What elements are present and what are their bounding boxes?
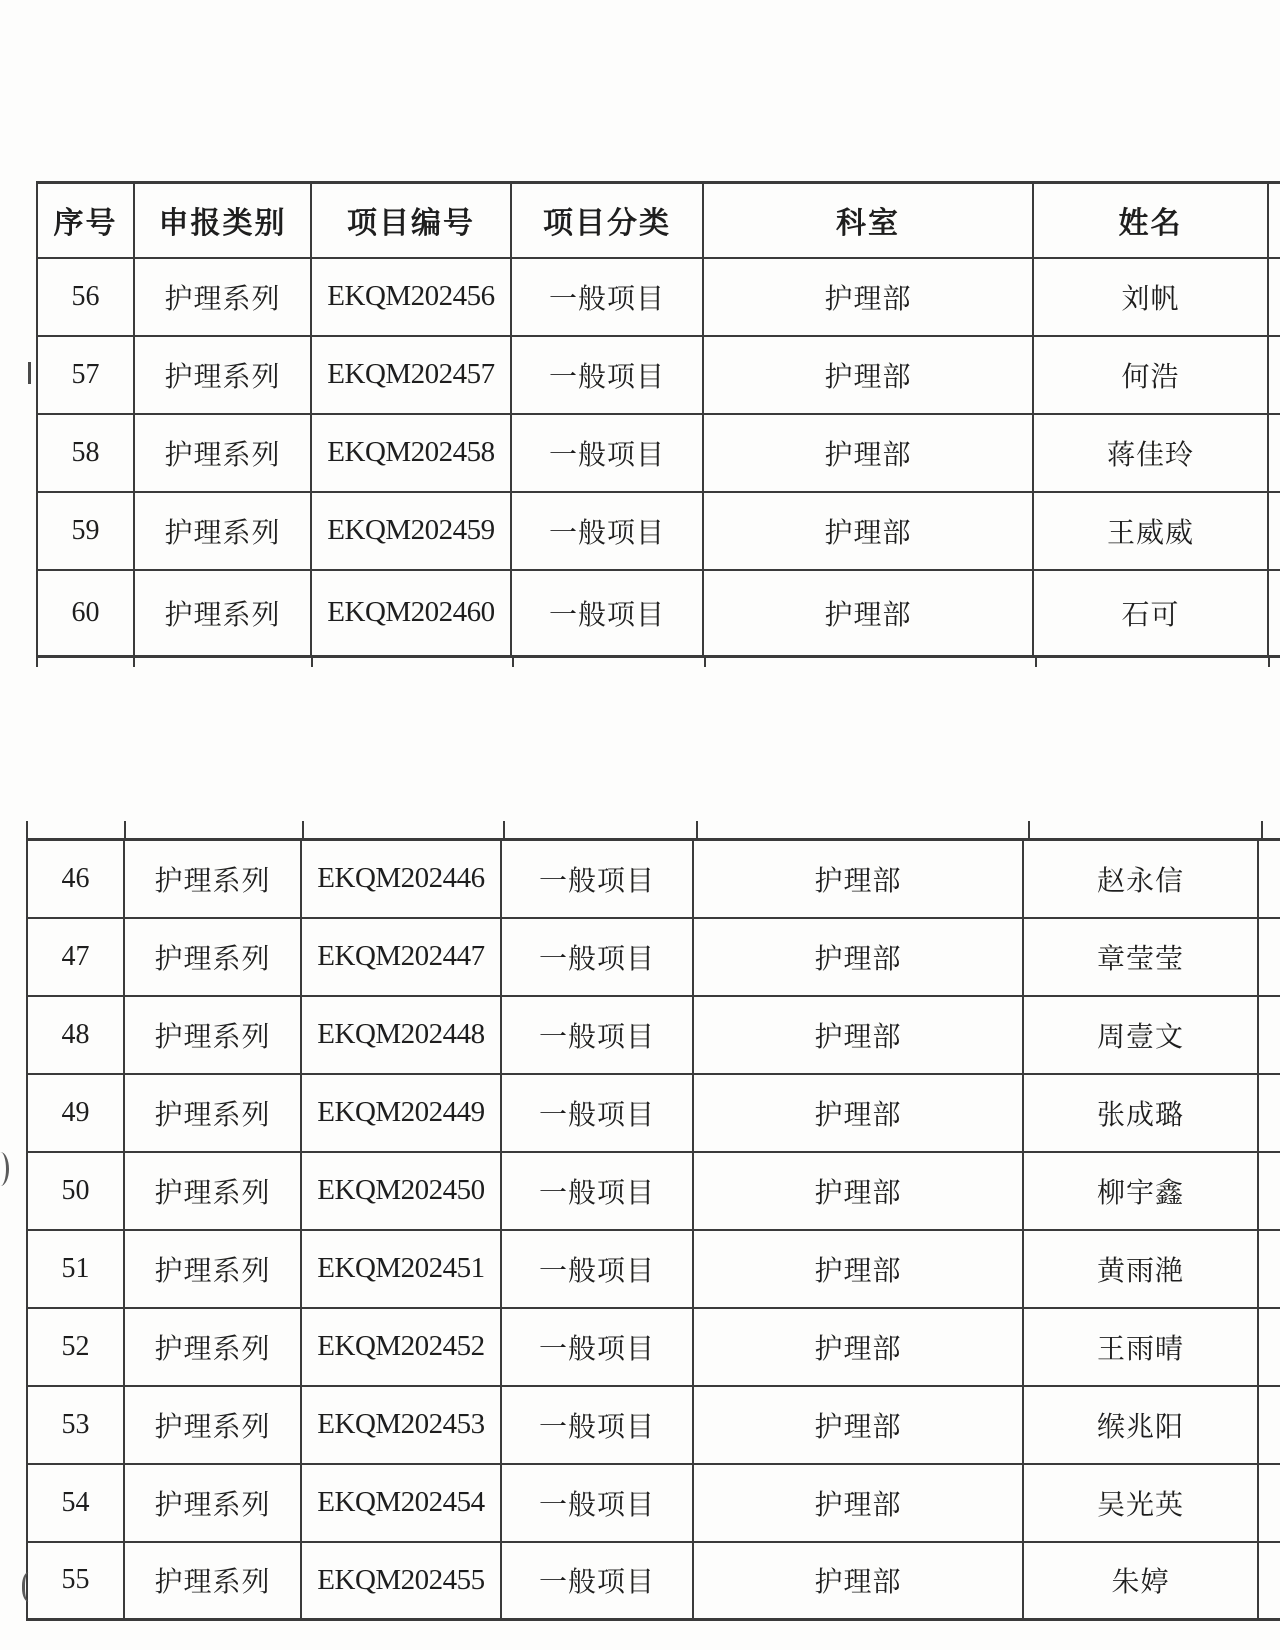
header-name: 姓名 [1033, 183, 1268, 258]
cell-project-no: EKQM202453 [301, 1386, 501, 1464]
cell-department: 护理部 [703, 336, 1033, 414]
table-row: 50 护理系列 EKQM202450 一般项目 护理部 柳宇鑫 [27, 1152, 1280, 1230]
cell-name: 蒋佳玲 [1033, 414, 1268, 492]
cell-classification: 一般项目 [501, 1308, 693, 1386]
scan-artifact-tick [28, 362, 31, 384]
cell-category: 护理系列 [124, 1464, 301, 1542]
scan-artifact-tick [133, 655, 135, 667]
cell-project-no: EKQM202446 [301, 840, 501, 918]
cell-name: 王雨晴 [1023, 1308, 1258, 1386]
cell-clipped [1258, 918, 1280, 996]
scan-artifact-tick [302, 821, 304, 839]
cell-classification: 一般项目 [501, 840, 693, 918]
header-seq: 序号 [37, 183, 134, 258]
cell-classification: 一般项目 [511, 492, 703, 570]
table-row: 48 护理系列 EKQM202448 一般项目 护理部 周壹文 [27, 996, 1280, 1074]
cell-category: 护理系列 [134, 492, 311, 570]
cell-project-no: EKQM202460 [311, 570, 511, 657]
cell-project-no: EKQM202457 [311, 336, 511, 414]
cell-project-no: EKQM202454 [301, 1464, 501, 1542]
cell-department: 护理部 [693, 1074, 1023, 1152]
table-row: 60 护理系列 EKQM202460 一般项目 护理部 石可 [37, 570, 1280, 657]
cell-name: 何浩 [1033, 336, 1268, 414]
cell-clipped [1258, 1152, 1280, 1230]
cell-department: 护理部 [693, 918, 1023, 996]
cell-project-no: EKQM202447 [301, 918, 501, 996]
header-department: 科室 [703, 183, 1033, 258]
cell-classification: 一般项目 [501, 996, 693, 1074]
table-row: 51 护理系列 EKQM202451 一般项目 护理部 黄雨滟 [27, 1230, 1280, 1308]
cell-name: 周壹文 [1023, 996, 1258, 1074]
cell-classification: 一般项目 [511, 414, 703, 492]
cell-name: 赵永信 [1023, 840, 1258, 918]
cell-clipped [1258, 996, 1280, 1074]
cell-category: 护理系列 [124, 840, 301, 918]
cell-name: 黄雨滟 [1023, 1230, 1258, 1308]
scan-artifact-tick [311, 655, 313, 667]
header-category: 申报类别 [134, 183, 311, 258]
cell-name: 王威威 [1033, 492, 1268, 570]
cell-department: 护理部 [693, 996, 1023, 1074]
scan-artifact-tick [124, 821, 126, 839]
scan-artifact-tick [503, 821, 505, 839]
table-row: 55 护理系列 EKQM202455 一般项目 护理部 朱婷 [27, 1542, 1280, 1620]
table-row: 47 护理系列 EKQM202447 一般项目 护理部 章莹莹 [27, 918, 1280, 996]
cell-name: 缑兆阳 [1023, 1386, 1258, 1464]
cell-seq: 49 [27, 1074, 124, 1152]
scan-artifact-tick [704, 655, 706, 667]
cell-project-no: EKQM202452 [301, 1308, 501, 1386]
cell-clipped [1268, 570, 1280, 657]
cell-classification: 一般项目 [501, 1152, 693, 1230]
scan-artifact-bracket [22, 1572, 37, 1602]
cell-name: 朱婷 [1023, 1542, 1258, 1620]
cell-name: 石可 [1033, 570, 1268, 657]
cell-seq: 50 [27, 1152, 124, 1230]
scan-artifact-tick [696, 821, 698, 839]
cell-department: 护理部 [703, 570, 1033, 657]
cell-seq: 55 [27, 1542, 124, 1620]
cell-clipped [1258, 840, 1280, 918]
header-clipped [1268, 183, 1280, 258]
cell-clipped [1258, 1386, 1280, 1464]
cell-clipped [1258, 1074, 1280, 1152]
cell-category: 护理系列 [124, 1308, 301, 1386]
cell-clipped [1268, 336, 1280, 414]
cell-category: 护理系列 [134, 336, 311, 414]
cell-category: 护理系列 [124, 1152, 301, 1230]
cell-seq: 57 [37, 336, 134, 414]
table-row: 46 护理系列 EKQM202446 一般项目 护理部 赵永信 [27, 840, 1280, 918]
cell-project-no: EKQM202448 [301, 996, 501, 1074]
cell-department: 护理部 [693, 1152, 1023, 1230]
cell-clipped [1258, 1308, 1280, 1386]
cell-seq: 59 [37, 492, 134, 570]
cell-category: 护理系列 [124, 996, 301, 1074]
cell-department: 护理部 [693, 1308, 1023, 1386]
cell-project-no: EKQM202456 [311, 258, 511, 336]
cell-project-no: EKQM202455 [301, 1542, 501, 1620]
cell-name: 章莹莹 [1023, 918, 1258, 996]
cell-name: 柳宇鑫 [1023, 1152, 1258, 1230]
scanned-document-page: { "page": { "kind": "scanned roster tabl… [0, 0, 1280, 1650]
cell-seq: 52 [27, 1308, 124, 1386]
cell-category: 护理系列 [124, 1074, 301, 1152]
table-row: 58 护理系列 EKQM202458 一般项目 护理部 蒋佳玲 [37, 414, 1280, 492]
cell-clipped [1258, 1542, 1280, 1620]
table-row: 52 护理系列 EKQM202452 一般项目 护理部 王雨晴 [27, 1308, 1280, 1386]
table-row: 49 护理系列 EKQM202449 一般项目 护理部 张成璐 [27, 1074, 1280, 1152]
cell-classification: 一般项目 [501, 918, 693, 996]
cell-seq: 51 [27, 1230, 124, 1308]
cell-seq: 56 [37, 258, 134, 336]
cell-category: 护理系列 [124, 918, 301, 996]
scan-artifact-tick [1028, 821, 1030, 839]
cell-classification: 一般项目 [501, 1542, 693, 1620]
cell-department: 护理部 [693, 1464, 1023, 1542]
cell-name: 张成璐 [1023, 1074, 1258, 1152]
cell-name: 刘帆 [1033, 258, 1268, 336]
cell-clipped [1258, 1464, 1280, 1542]
cell-project-no: EKQM202450 [301, 1152, 501, 1230]
cell-department: 护理部 [693, 840, 1023, 918]
cell-classification: 一般项目 [511, 336, 703, 414]
cell-clipped [1268, 258, 1280, 336]
cell-seq: 47 [27, 918, 124, 996]
scan-artifact-tick [26, 821, 28, 839]
cell-category: 护理系列 [124, 1230, 301, 1308]
header-project-no: 项目编号 [311, 183, 511, 258]
table-row: 53 护理系列 EKQM202453 一般项目 护理部 缑兆阳 [27, 1386, 1280, 1464]
cell-project-no: EKQM202449 [301, 1074, 501, 1152]
cell-seq: 48 [27, 996, 124, 1074]
cell-classification: 一般项目 [501, 1386, 693, 1464]
cell-department: 护理部 [703, 258, 1033, 336]
cell-seq: 60 [37, 570, 134, 657]
header-row: 序号 申报类别 项目编号 项目分类 科室 姓名 [37, 183, 1280, 258]
cell-clipped [1268, 414, 1280, 492]
scan-artifact-tick [1261, 821, 1263, 839]
cell-department: 护理部 [693, 1542, 1023, 1620]
cell-seq: 53 [27, 1386, 124, 1464]
cell-department: 护理部 [693, 1230, 1023, 1308]
scan-artifact-tick [512, 655, 514, 667]
table-row: 57 护理系列 EKQM202457 一般项目 护理部 何浩 [37, 336, 1280, 414]
cell-clipped [1268, 492, 1280, 570]
cell-seq: 46 [27, 840, 124, 918]
table-row: 56 护理系列 EKQM202456 一般项目 护理部 刘帆 [37, 258, 1280, 336]
roster-table-top: 序号 申报类别 项目编号 项目分类 科室 姓名 56 护理系列 EKQM2024… [36, 181, 1280, 658]
scan-artifact-bracket [0, 1152, 9, 1186]
cell-project-no: EKQM202459 [311, 492, 511, 570]
cell-category: 护理系列 [134, 414, 311, 492]
header-classification: 项目分类 [511, 183, 703, 258]
scan-artifact-tick [1035, 655, 1037, 667]
scan-artifact-tick [36, 655, 38, 667]
scan-artifact-tick [1268, 655, 1270, 667]
table-row: 54 护理系列 EKQM202454 一般项目 护理部 吴光英 [27, 1464, 1280, 1542]
roster-table-bottom: 46 护理系列 EKQM202446 一般项目 护理部 赵永信 47 护理系列 … [26, 838, 1280, 1621]
cell-department: 护理部 [703, 414, 1033, 492]
cell-category: 护理系列 [134, 258, 311, 336]
cell-clipped [1258, 1230, 1280, 1308]
cell-classification: 一般项目 [501, 1074, 693, 1152]
cell-project-no: EKQM202451 [301, 1230, 501, 1308]
cell-category: 护理系列 [124, 1386, 301, 1464]
cell-seq: 58 [37, 414, 134, 492]
cell-department: 护理部 [693, 1386, 1023, 1464]
cell-classification: 一般项目 [501, 1464, 693, 1542]
cell-category: 护理系列 [124, 1542, 301, 1620]
cell-seq: 54 [27, 1464, 124, 1542]
cell-classification: 一般项目 [501, 1230, 693, 1308]
cell-category: 护理系列 [134, 570, 311, 657]
cell-classification: 一般项目 [511, 570, 703, 657]
cell-name: 吴光英 [1023, 1464, 1258, 1542]
cell-classification: 一般项目 [511, 258, 703, 336]
table-row: 59 护理系列 EKQM202459 一般项目 护理部 王威威 [37, 492, 1280, 570]
cell-department: 护理部 [703, 492, 1033, 570]
cell-project-no: EKQM202458 [311, 414, 511, 492]
